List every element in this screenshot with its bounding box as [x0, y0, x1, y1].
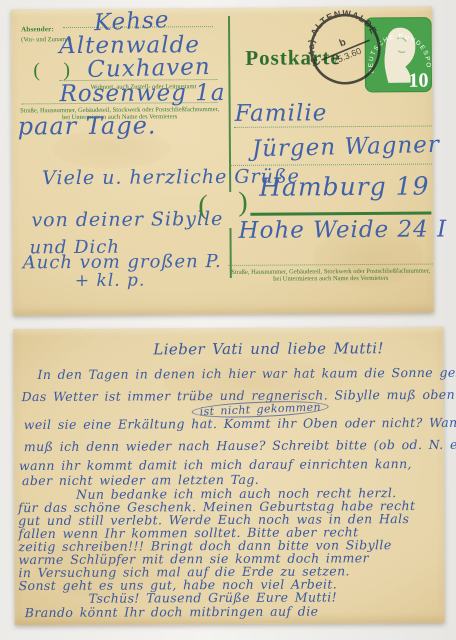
address-line-city: Hamburg 19 — [259, 172, 429, 202]
address-street-caption-line2: bei Untermietern auch Name des Vermieter… — [229, 275, 433, 283]
message-line: wann ihr kommt damit ich mich darauf ein… — [19, 456, 412, 473]
address-line-street: Hohe Weide 24 I — [238, 216, 447, 243]
paren-open-glyph: ( — [33, 59, 40, 82]
postmark-altenwalde: (24a) ALTENWALDE b 25.3.60 — [305, 9, 386, 90]
message-line: muß ich denn wieder nach Hause? Schreibt… — [24, 437, 456, 454]
handwritten-greeting-2: von deiner Sibylle — [31, 208, 223, 231]
sender-label: Absender: — [21, 26, 54, 33]
message-line: Das Wetter ist immer trübe und regnerisc… — [22, 387, 456, 405]
postmark-graphic: (24a) ALTENWALDE b 25.3.60 — [305, 9, 386, 90]
dotted-line — [229, 263, 433, 266]
handwritten-sender-city: Cuxhaven — [87, 54, 211, 83]
photo-background: Absender: (Vor- und Zuname) ( ) Wohnort,… — [0, 0, 456, 640]
handwritten-sender-street: Rosenweg 1a — [59, 80, 225, 107]
dotted-line — [230, 163, 432, 166]
message-line: In den Tagen in denen ich hier war hat k… — [37, 364, 456, 382]
address-line-name: Jürgen Wagner — [252, 132, 441, 163]
postcard-front: Absender: (Vor- und Zuname) ( ) Wohnort,… — [11, 7, 434, 316]
handwritten-note: paar Tage. — [18, 111, 157, 140]
stamp-value: 10 — [408, 70, 428, 92]
divider-paren-close: ) — [238, 187, 248, 219]
divider-paren-open: ( — [198, 190, 208, 222]
message-line: weil sie eine Erkältung hat. Kommt ihr O… — [24, 415, 456, 432]
postcard-back: Lieber Vati und liebe Mutti! In den Tage… — [13, 327, 445, 625]
message-line: Brando könnt Ihr doch mitbringen auf die — [25, 604, 319, 621]
message-salutation: Lieber Vati und liebe Mutti! — [153, 339, 384, 358]
address-line-familie: Familie — [235, 100, 328, 127]
dotted-line — [234, 125, 432, 128]
handwritten-greeting-5: + kl. p. — [75, 271, 146, 291]
postmark-letter: b — [338, 37, 348, 49]
address-rule-line — [250, 212, 431, 216]
